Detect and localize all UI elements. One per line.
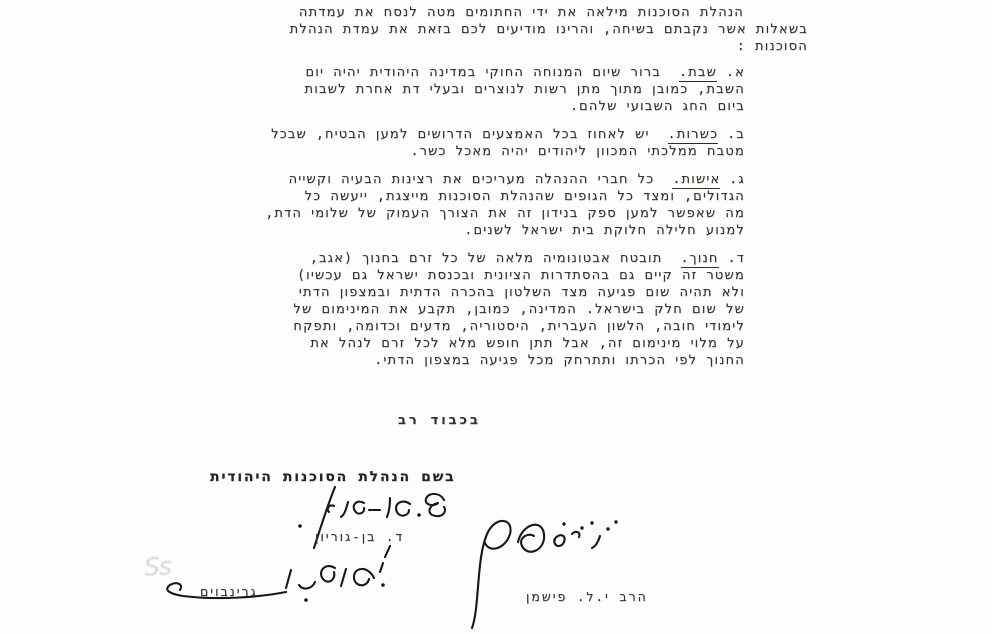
section-first-line: ג. אישות. כל חברי ההנהלה מעריכים את רצינ…: [265, 171, 745, 188]
section-text: תובטח אבטונומיה מלאה של כל זרם בחנוך (אג…: [310, 251, 663, 266]
section-line: השבת, כמובן מתוך מתן רשות לנוצרים ובעלי …: [265, 81, 745, 98]
section-line: של שום חלק בישראל. המדינה, כמובן, תקבע א…: [265, 301, 745, 318]
section-shabbat: א. שבת. ברור שיום המנוחה החוקי במדינה הי…: [265, 64, 745, 115]
section-line: החנוך לפי הכרתו ותתרחק מכל פגיעה במצפון …: [265, 352, 745, 369]
section-kashrut: ב. כשרות. יש לאחוז בכל האמצעים הדרושים ל…: [265, 126, 745, 160]
section-text: כל חברי ההנהלה מעריכים את רצינות הבעיה ו…: [289, 172, 655, 187]
on-behalf-line: בשם הנהלת הסוכנות היהודית: [210, 469, 455, 486]
section-line: הגדולים, ומצד כל הגופים שהנהלת הסוכנות מ…: [265, 188, 745, 205]
sections-list: א. שבת. ברור שיום המנוחה החוקי במדינה הי…: [265, 64, 745, 380]
section-keyword-underlined: אישות.: [672, 172, 720, 189]
section-text: יש לאחוז בכל האמצעים הדרושים למען הבטיח,…: [271, 127, 649, 142]
section-keyword-underlined: כשרות.: [668, 127, 719, 144]
section-keyword-underlined: חנוך.: [681, 251, 719, 268]
typed-name-fishman: הרב י.ל. פישמן: [526, 588, 648, 605]
section-line: ולא תהיה שום פגיעה מצד השלטון בהכרה הדתי…: [265, 284, 745, 301]
section-letter: א.: [726, 65, 745, 80]
gruenbaum-signature-drawing: [143, 538, 398, 610]
closing-salutation: בכבוד רב: [398, 412, 481, 429]
scanned-letter-page: הנהלת הסוכנות מילאה את ידי החתומים מטה ל…: [0, 0, 992, 634]
section-first-line: ד. חנוך. תובטח אבטונומיה מלאה של כל זרם …: [265, 250, 745, 267]
section-line: לימודי חובה, הלשון העברית, היסטוריה, מדע…: [265, 318, 745, 335]
section-first-line: ב. כשרות. יש לאחוז בכל האמצעים הדרושים ל…: [265, 126, 745, 143]
intro-line: הנהלת הסוכנות מילאה את ידי החתומים מטה ל…: [290, 4, 744, 21]
intro-line: הסוכנות :: [290, 38, 808, 55]
intro-line: בשאלות אשר נקבתם בשיחה, והרינו מודיעים ל…: [290, 21, 808, 38]
section-line: מה שאפשר למען ספק בנידון זה את הצורך העמ…: [265, 205, 745, 222]
fishman-signature-drawing: [460, 512, 650, 634]
section-chinuch: ד. חנוך. תובטח אבטונומיה מלאה של כל זרם …: [265, 250, 745, 369]
section-line: משטר זה קיים גם בהסתדרות הציונית ובכנסת …: [265, 267, 745, 284]
section-first-line: א. שבת. ברור שיום המנוחה החוקי במדינה הי…: [265, 64, 745, 81]
section-letter: ב.: [727, 127, 745, 142]
scan-artifact-text: Ss: [143, 551, 171, 581]
section-line: מטבח ממלכתי המכוון ליהודים יהיה מאכל כשר…: [265, 143, 745, 160]
section-line: על מלוי מינימום זה, אבל תתן חופש מלא לכל…: [265, 335, 745, 352]
section-ishut: ג. אישות. כל חברי ההנהלה מעריכים את רצינ…: [265, 171, 745, 239]
typed-name-gruenbaum: גרינבוים: [200, 583, 258, 600]
section-letter: ג.: [729, 172, 745, 187]
section-line: למנוע חלילה חלוקת בית ישראל לשנים.: [265, 222, 745, 239]
section-keyword-underlined: שבת.: [679, 65, 717, 82]
section-line: ביום החג השבועי שלהם.: [265, 98, 745, 115]
intro-paragraph: הנהלת הסוכנות מילאה את ידי החתומים מטה ל…: [290, 4, 808, 55]
section-text: ברור שיום המנוחה החוקי במדינה היהודית יה…: [305, 65, 661, 80]
section-letter: ד.: [728, 251, 745, 266]
